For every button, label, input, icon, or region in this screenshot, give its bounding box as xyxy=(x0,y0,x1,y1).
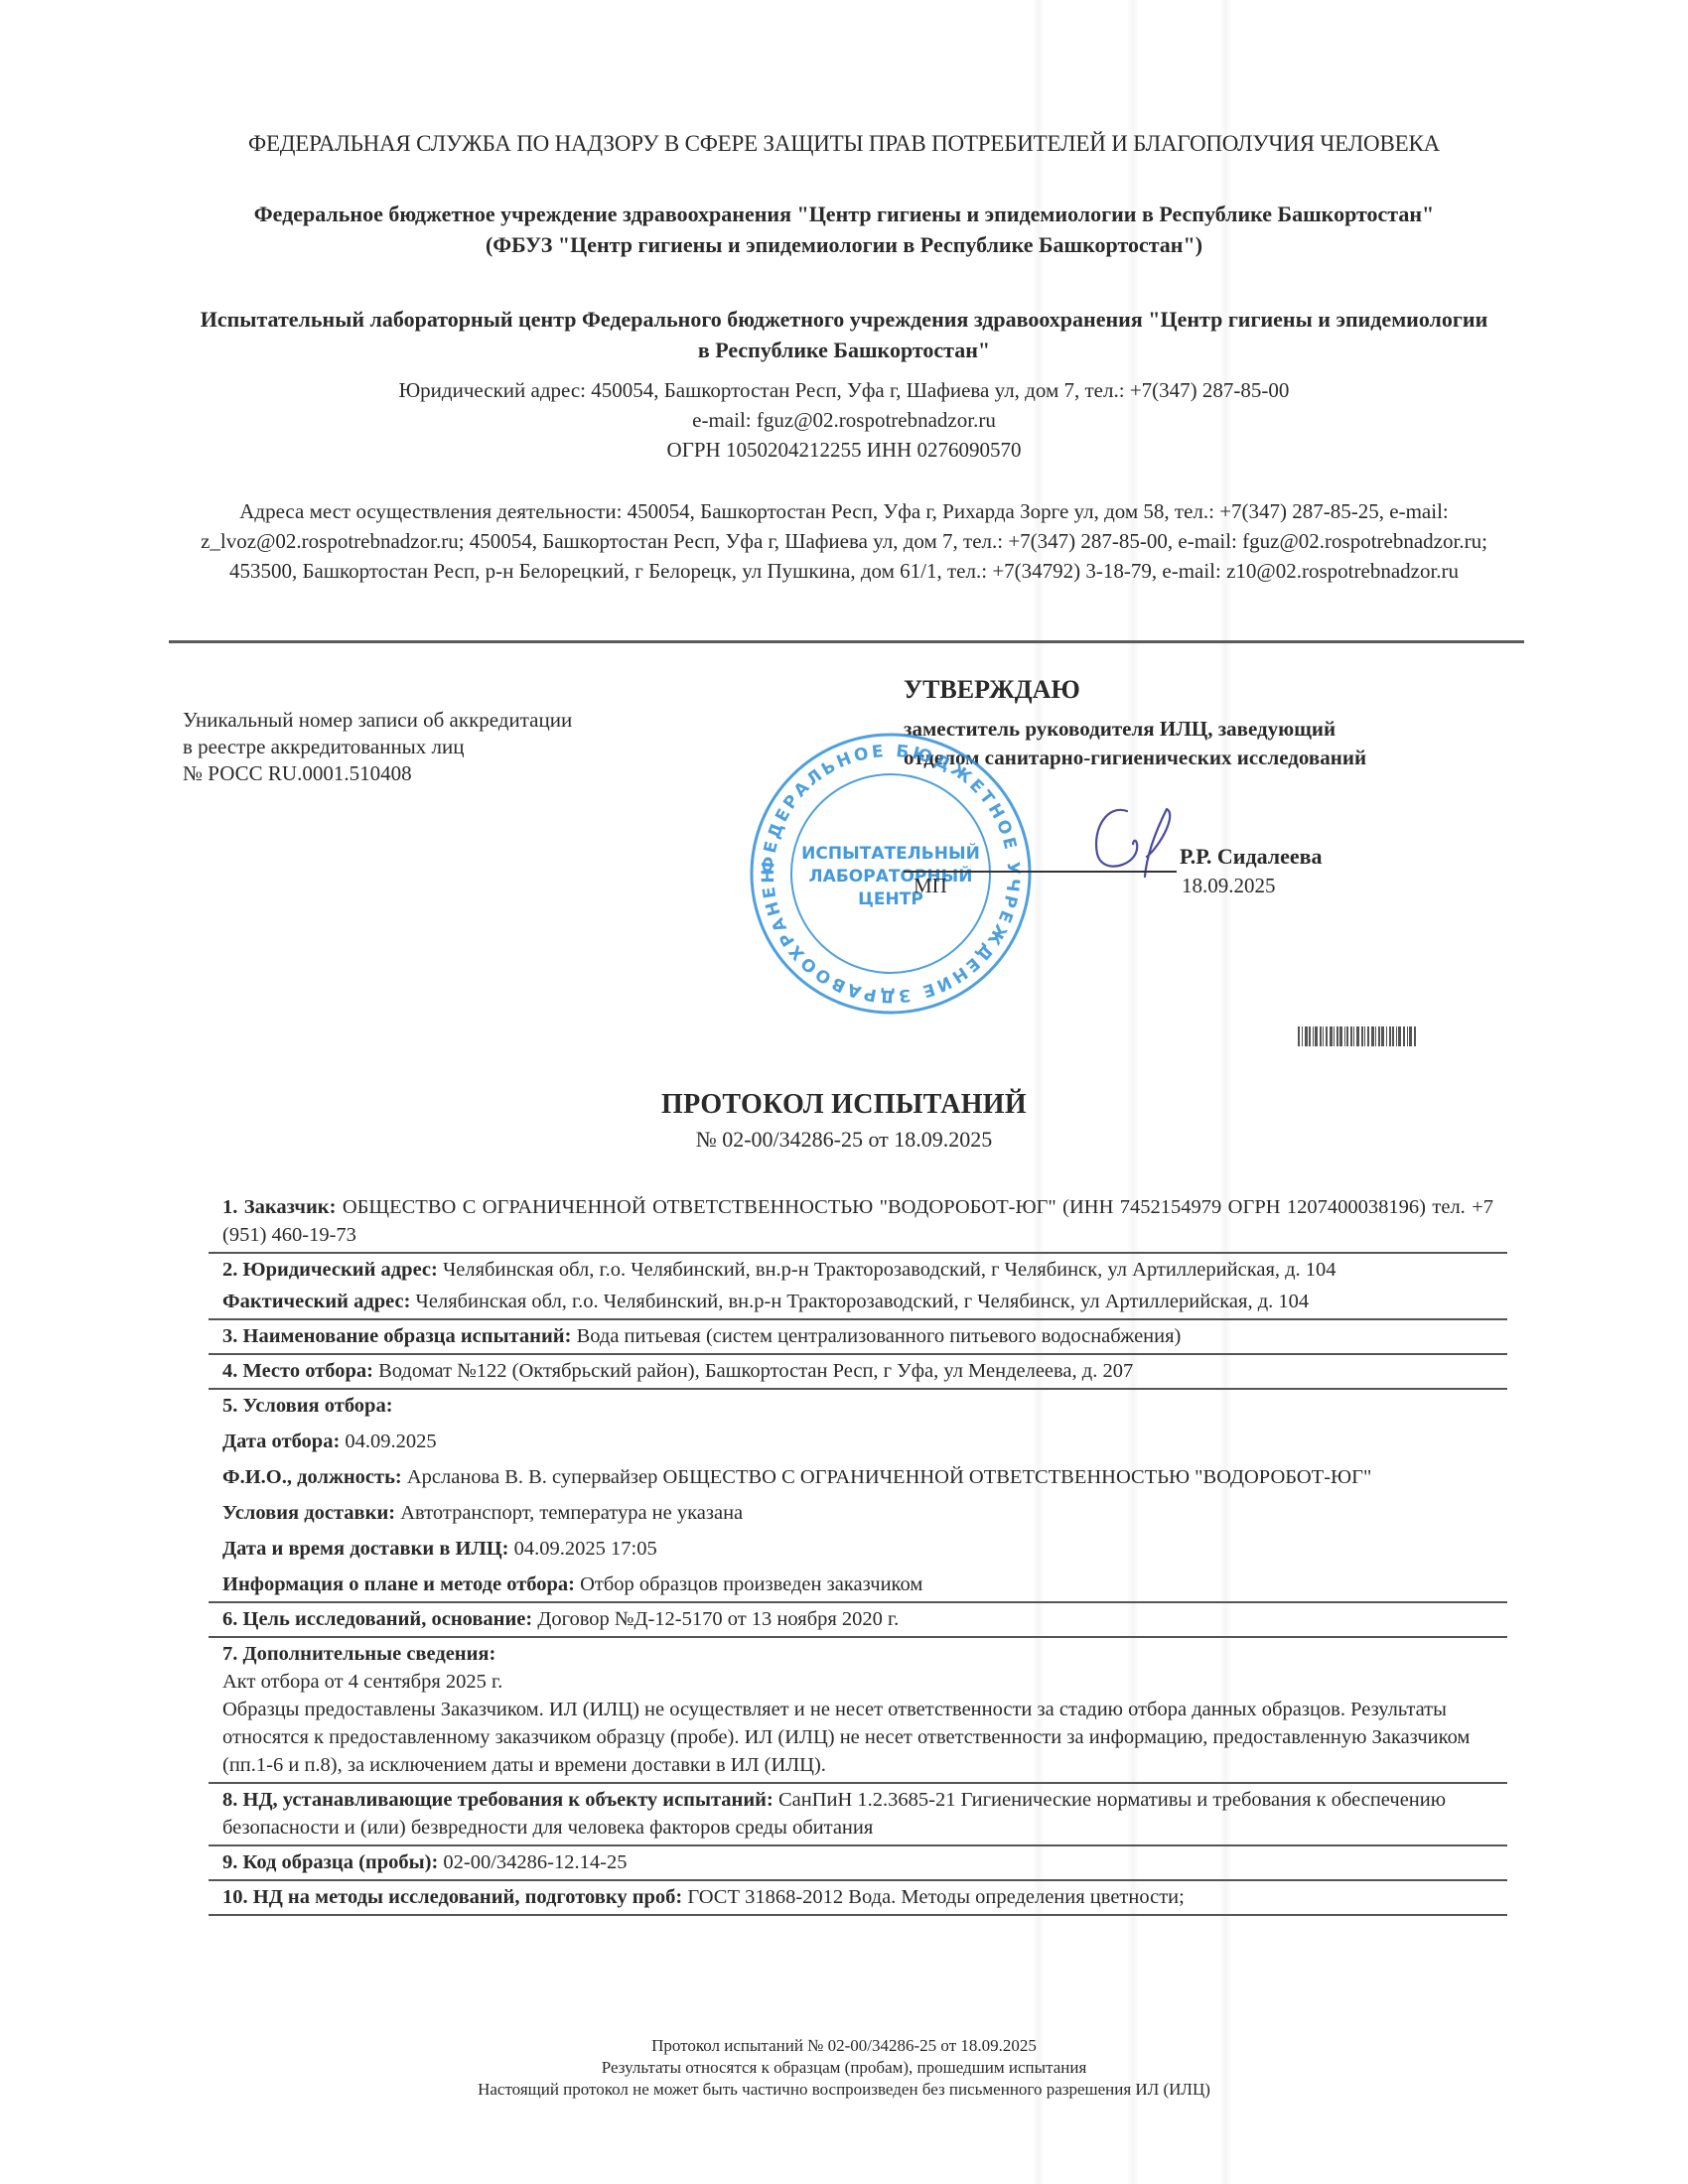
activity-addresses: Адреса мест осуществления деятельности: … xyxy=(199,496,1489,586)
field-sampling-date: Дата отбора: 04.09.2025 xyxy=(222,1428,1493,1455)
protocol-title: ПРОТОКОЛ ИСПЫТАНИЙ xyxy=(546,1089,1142,1121)
field-sampling-conditions: 5. Условия отбора: Дата отбора: 04.09.20… xyxy=(209,1390,1507,1603)
field-value: ГОСТ 31868-2012 Вода. Методы определения… xyxy=(687,1886,1184,1908)
field-value: ОБЩЕСТВО С ОГРАНИЧЕННОЙ ОТВЕТСТВЕННОСТЬЮ… xyxy=(222,1196,1493,1246)
footer-line: Результаты относятся к образцам (пробам)… xyxy=(348,2057,1340,2079)
field-sampling-place: 4. Место отбора: Водомат №122 (Октябрьск… xyxy=(209,1355,1507,1390)
accreditation-line: в реестре аккредитованных лиц xyxy=(183,734,739,760)
lab-center-name: Испытательный лабораторный центр Федерал… xyxy=(199,304,1489,365)
footer-line: Настоящий протокол не может быть частичн… xyxy=(348,2079,1340,2101)
header-divider xyxy=(169,640,1524,643)
svg-text:ЛАБОРАТОРНЫЙ: ЛАБОРАТОРНЫЙ xyxy=(809,865,973,887)
svg-text:ИСПЫТАТЕЛЬНЫЙ: ИСПЫТАТЕЛЬНЫЙ xyxy=(801,842,980,864)
field-value: Челябинская обл, г.о. Челябинский, вн.р-… xyxy=(416,1291,1310,1312)
field-label: 1. Заказчик: xyxy=(222,1196,336,1218)
field-person: Ф.И.О., должность: Арсланова В. В. супер… xyxy=(222,1463,1493,1491)
field-value: 04.09.2025 17:05 xyxy=(514,1538,657,1560)
signature-line xyxy=(904,871,1177,873)
field-value: Акт отбора от 4 сентября 2025 г. xyxy=(222,1668,1493,1696)
ogrn-inn: ОГРН 1050204212255 ИНН 0276090570 xyxy=(199,435,1489,465)
approval-date: 18.09.2025 xyxy=(1182,874,1276,898)
field-label: 6. Цель исследований, основание: xyxy=(222,1608,532,1630)
lab-stamp-icon: ФЕДЕРАЛЬНОЕ БЮДЖЕТНОЕ УЧРЕЖДЕНИЕ ЗДРАВОО… xyxy=(747,730,1035,1018)
accreditation-block: Уникальный номер записи об аккредитации … xyxy=(183,707,739,787)
field-value: Автотранспорт, температура не указана xyxy=(400,1502,743,1524)
field-value: Водомат №122 (Октябрьский район), Башкор… xyxy=(378,1360,1133,1382)
field-value: Вода питьевая (систем централизованного … xyxy=(577,1325,1182,1347)
footer-line: Протокол испытаний № 02-00/34286-25 от 1… xyxy=(348,2035,1340,2057)
field-label: 10. НД на методы исследований, подготовк… xyxy=(222,1886,682,1908)
field-value: Образцы предоставлены Заказчиком. ИЛ (ИЛ… xyxy=(222,1696,1493,1779)
field-value: Договор №Д-12-5170 от 13 ноября 2020 г. xyxy=(537,1608,899,1630)
field-value: Отбор образцов произведен заказчиком xyxy=(580,1573,922,1595)
field-sample-name: 3. Наименование образца испытаний: Вода … xyxy=(209,1320,1507,1355)
signer-name: Р.Р. Сидалеева xyxy=(1180,844,1323,870)
accreditation-number: № РОСС RU.0001.510408 xyxy=(183,760,739,787)
institution-short-name: (ФБУЗ "Центр гигиены и эпидемиологии в Р… xyxy=(199,229,1489,260)
stamp-place-label: МП xyxy=(914,874,947,898)
field-label: 4. Место отбора: xyxy=(222,1360,373,1382)
agency-name: ФЕДЕРАЛЬНАЯ СЛУЖБА ПО НАДЗОРУ В СФЕРЕ ЗА… xyxy=(199,127,1489,161)
field-purpose: 6. Цель исследований, основание: Договор… xyxy=(209,1603,1507,1638)
field-label: 2. Юридический адрес: xyxy=(222,1259,438,1281)
field-value: Арсланова В. В. супервайзер ОБЩЕСТВО С О… xyxy=(407,1466,1371,1488)
field-value: 04.09.2025 xyxy=(345,1431,436,1452)
field-value: Челябинская обл, г.о. Челябинский, вн.р-… xyxy=(443,1259,1336,1281)
field-addresses: 2. Юридический адрес: Челябинская обл, г… xyxy=(209,1254,1507,1320)
protocol-number: № 02-00/34286-25 от 18.09.2025 xyxy=(546,1127,1142,1153)
field-label: 8. НД, устанавливающие требования к объе… xyxy=(222,1789,774,1811)
field-customer: 1. Заказчик: ОБЩЕСТВО С ОГРАНИЧЕННОЙ ОТВ… xyxy=(209,1191,1507,1254)
field-additional-info: 7. Дополнительные сведения: Акт отбора о… xyxy=(209,1638,1507,1784)
field-delivery-datetime: Дата и время доставки в ИЛЦ: 04.09.2025 … xyxy=(222,1535,1493,1563)
field-delivery-conditions: Условия доставки: Автотранспорт, темпера… xyxy=(222,1499,1493,1527)
field-actual-address: Фактический адрес: Челябинская обл, г.о.… xyxy=(222,1288,1493,1315)
page-footer: Протокол испытаний № 02-00/34286-25 от 1… xyxy=(348,2035,1340,2101)
field-label: Дата и время доставки в ИЛЦ: xyxy=(222,1538,509,1560)
field-nd-methods: 10. НД на методы исследований, подготовк… xyxy=(209,1881,1507,1916)
field-label: 7. Дополнительные сведения: xyxy=(222,1640,1493,1668)
accreditation-line: Уникальный номер записи об аккредитации xyxy=(183,707,739,734)
legal-address: Юридический адрес: 450054, Башкортостан … xyxy=(199,375,1489,405)
field-label: Дата отбора: xyxy=(222,1431,340,1452)
field-label: Информация о плане и методе отбора: xyxy=(222,1573,575,1595)
org-email: e-mail: fguz@02.rospotrebnadzor.ru xyxy=(199,405,1489,435)
institution-block: Федеральное бюджетное учреждение здравоо… xyxy=(199,199,1489,260)
field-plan-info: Информация о плане и методе отбора: Отбо… xyxy=(222,1570,1493,1598)
protocol-fields: 1. Заказчик: ОБЩЕСТВО С ОГРАНИЧЕННОЙ ОТВ… xyxy=(209,1191,1507,1916)
field-sample-code: 9. Код образца (пробы): 02-00/34286-12.1… xyxy=(209,1846,1507,1881)
barcode-icon xyxy=(1298,1026,1477,1046)
field-legal-address: 2. Юридический адрес: Челябинская обл, г… xyxy=(222,1256,1493,1284)
field-nd-requirements: 8. НД, устанавливающие требования к объе… xyxy=(209,1784,1507,1846)
field-label: 9. Код образца (пробы): xyxy=(222,1851,438,1873)
approval-title: УТВЕРЖДАЮ xyxy=(904,675,1080,705)
field-value: 02-00/34286-12.14-25 xyxy=(443,1851,627,1873)
field-label: Ф.И.О., должность: xyxy=(222,1466,402,1488)
legal-address-block: Юридический адрес: 450054, Башкортостан … xyxy=(199,375,1489,465)
field-label: 5. Условия отбора: xyxy=(222,1392,1493,1420)
field-label: 3. Наименование образца испытаний: xyxy=(222,1325,571,1347)
institution-name: Федеральное бюджетное учреждение здравоо… xyxy=(199,199,1489,229)
field-label: Фактический адрес: xyxy=(222,1291,410,1312)
field-label: Условия доставки: xyxy=(222,1502,395,1524)
